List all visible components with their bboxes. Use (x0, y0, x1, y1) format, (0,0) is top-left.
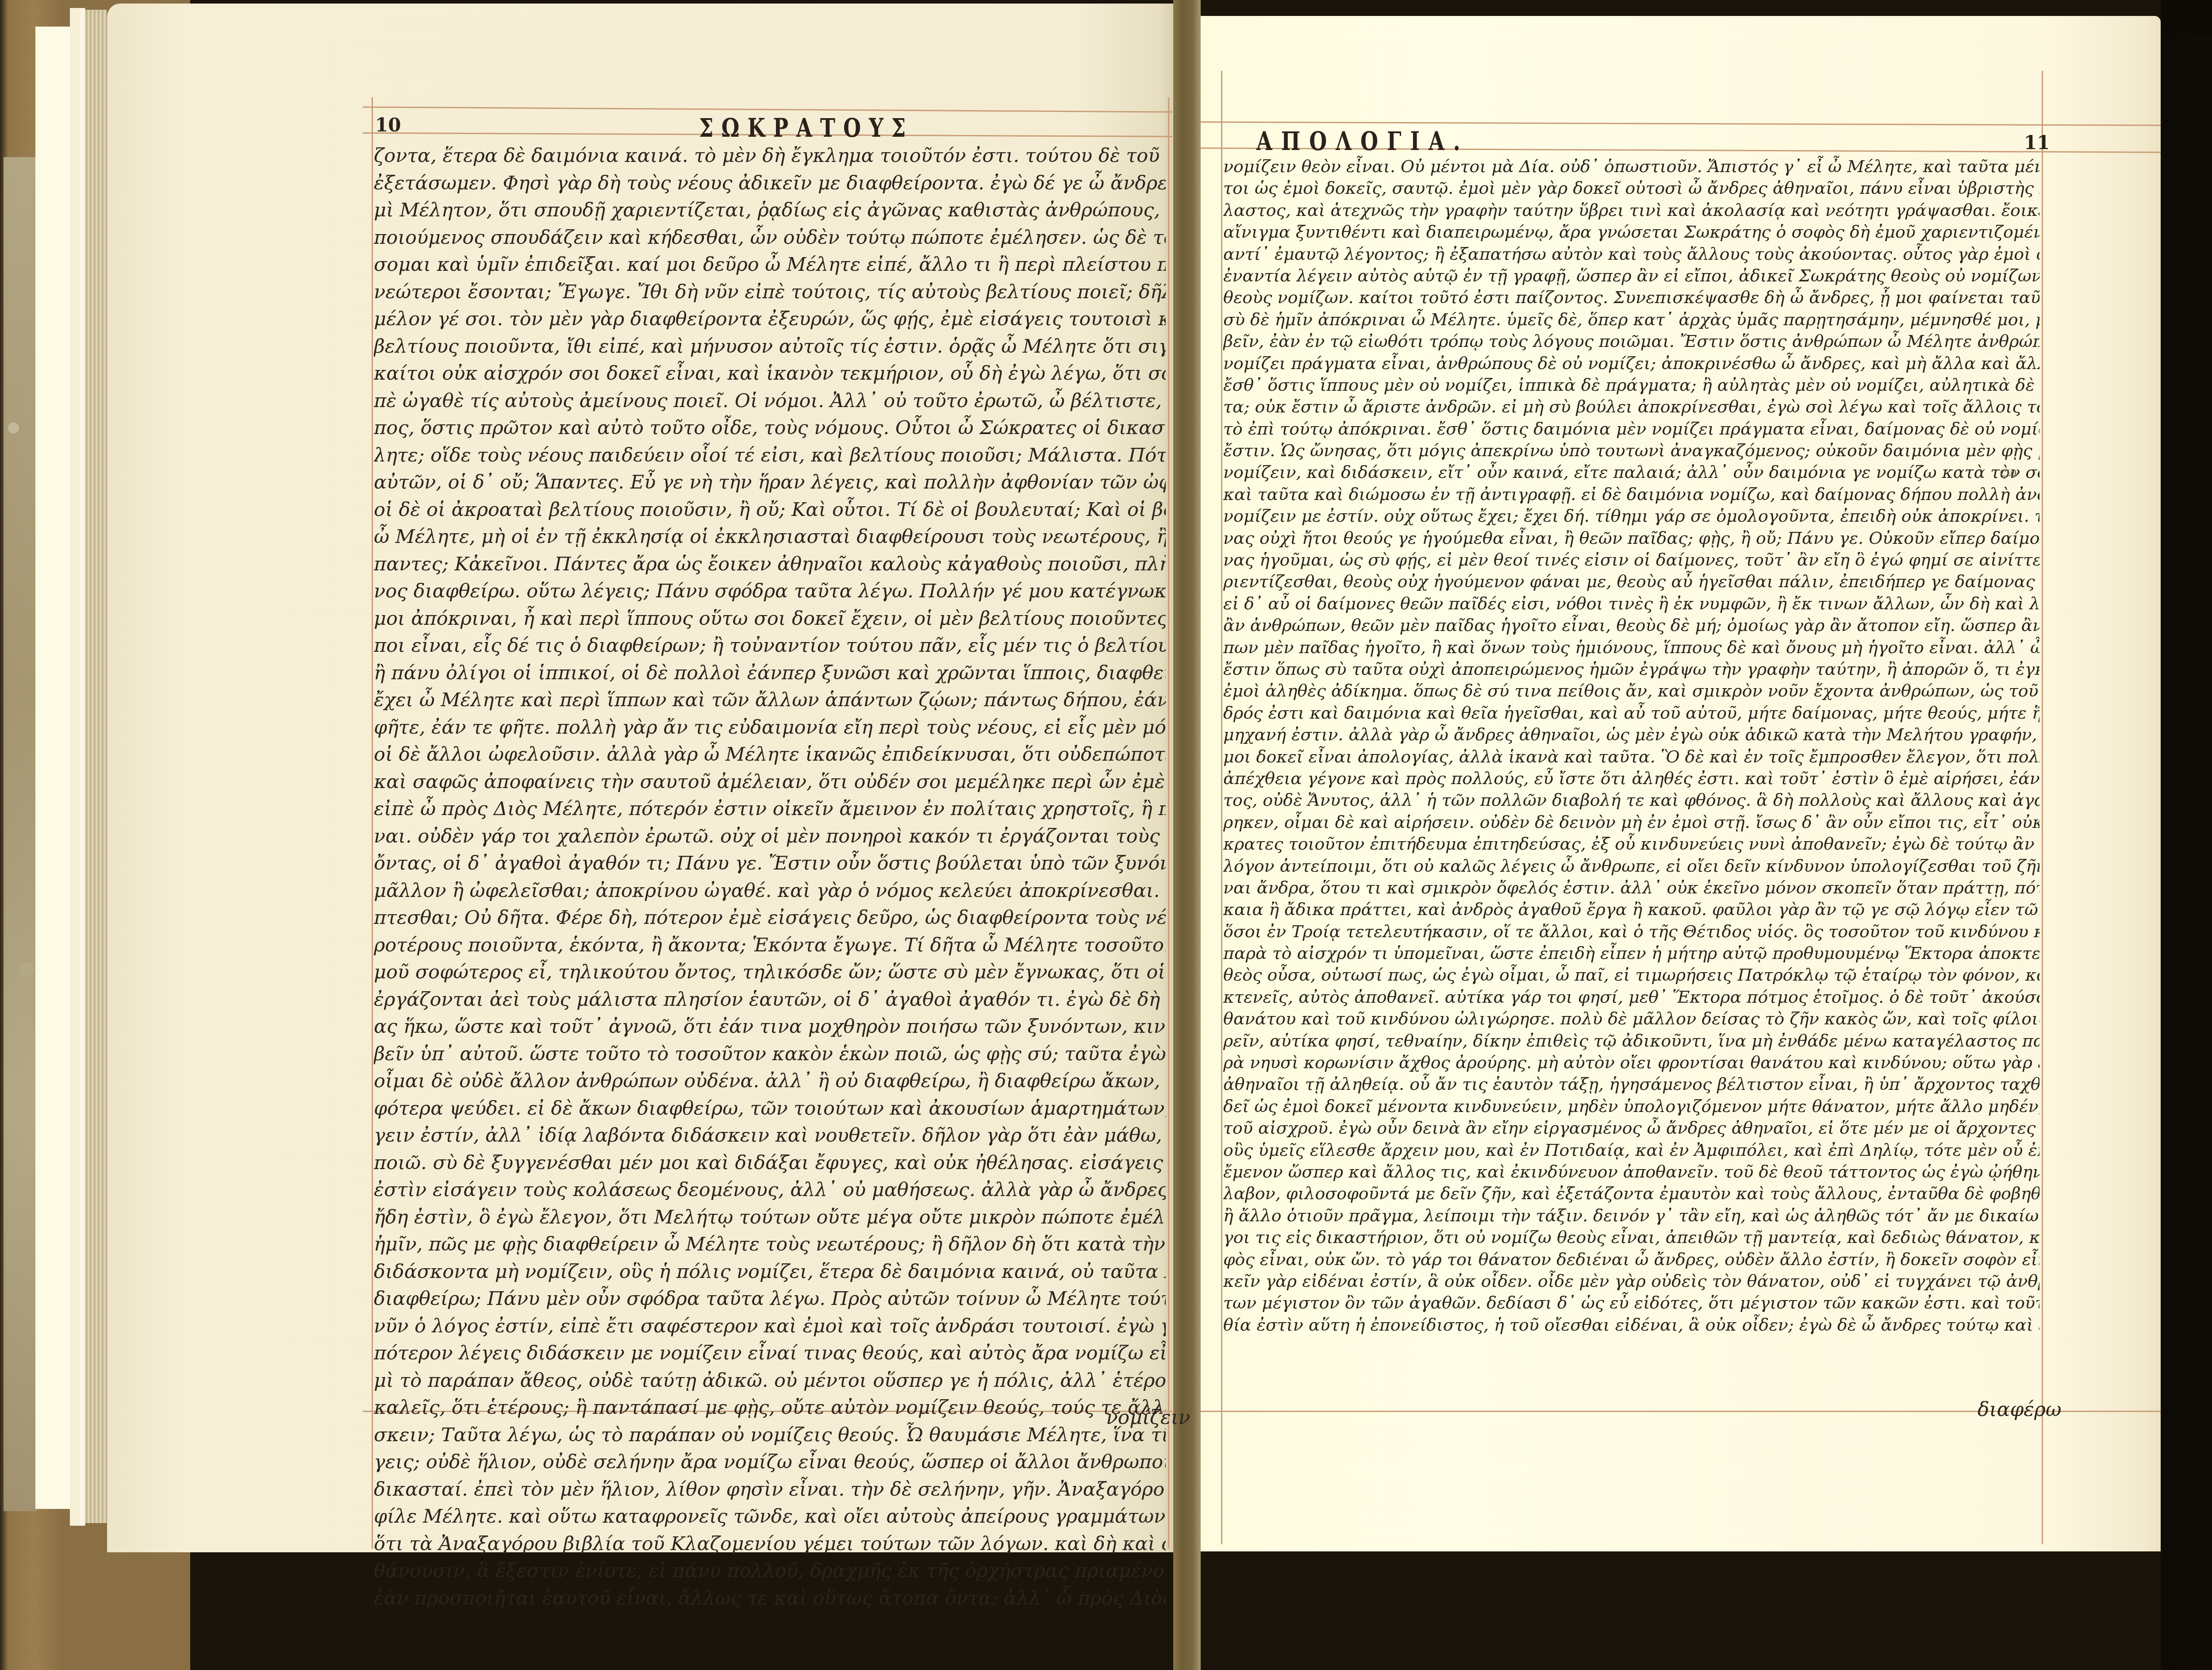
text-line: καλεῖς, ὅτι ἑτέρους; ἢ παντάπασί με φῂς,… (374, 1394, 1166, 1422)
text-line: θεὸς οὖσα, οὑτωσί πως, ὡς ἐγὼ οἶμαι, ὦ π… (1223, 964, 2039, 986)
text-line: θεοὺς νομίζων. καίτοι τοῦτό ἐστι παίζοντ… (1223, 287, 2039, 308)
text-line: ἀθηναῖοι τῇ ἀληθείᾳ. οὗ ἄν τις ἑαυτὸν τά… (1223, 1074, 2039, 1095)
text-line: ἐναντία λέγειν αὐτὸς αὑτῷ ἐν τῇ γραφῇ, ὥ… (1223, 265, 2039, 287)
text-line: ποιούμενος σπουδάζειν καὶ κήδεσθαι, ὧν ο… (374, 224, 1166, 252)
text-line: νομίζει πράγματα εἶναι, ἀνθρώπους δὲ οὐ … (1223, 353, 2039, 374)
text-line: νας ἡγοῦμαι, ὡς σὺ φῄς, εἰ μὲν θεοί τινέ… (1223, 549, 2039, 571)
text-line: ἀπέχθεια γέγονε καὶ πρὸς πολλούς, εὖ ἴστ… (1223, 768, 2039, 789)
text-line: σὺ δὲ ἡμῖν ἀπόκριναι ὦ Μέλητε. ὑμεῖς δὲ,… (1223, 309, 2039, 331)
text-line: τὸ ἐπὶ τούτῳ ἀπόκριναι. ἔσθ᾽ ὅστις δαιμό… (1223, 418, 2039, 440)
text-line: ὄντας, οἱ δ᾽ ἀγαθοὶ ἀγαθόν τι; Πάνυ γε. … (374, 850, 1166, 877)
text-line: λαστος, καὶ ἀτεχνῶς τὴν γραφὴν ταύτην ὕβ… (1223, 200, 2039, 221)
background-dark (2161, 0, 2212, 35)
text-line: αἴνιγμα ξυντιθέντι καὶ διαπειρωμένῳ, ἄρα… (1223, 221, 2039, 243)
text-line: βελτίους ποιοῦντα, ἴθι εἰπέ, καὶ μήνυσον… (374, 333, 1166, 361)
text-line: τος, οὐδὲ Ἄνυτος, ἀλλ᾽ ἡ τῶν πολλῶν διαβ… (1223, 789, 2039, 811)
flyleaf (70, 8, 80, 1526)
text-line: μοι ἀπόκριναι, ἦ καὶ περὶ ἵππους οὕτω σο… (374, 605, 1166, 633)
right-page-text: νομίζειν θεὸν εἶναι. Οὐ μέντοι μὰ Δία. ο… (1223, 156, 2039, 1336)
text-line: τοι ὡς ἐμοὶ δοκεῖς, σαυτῷ. ἐμοὶ μὲν γὰρ … (1223, 177, 2039, 199)
ruling-line (1221, 71, 1222, 1544)
text-line: ἔστιν. Ὡς ὤνησας, ὅτι μόγις ἀπεκρίνω ὑπὸ… (1223, 440, 2039, 462)
text-line: ἤδη ἐστὶν, ὃ ἐγὼ ἔλεγον, ὅτι Μελήτῳ τούτ… (374, 1204, 1166, 1231)
text-line: ριεντίζεσθαι, θεοὺς οὐχ ἡγούμενον φάναι … (1223, 571, 2039, 593)
text-line: φῆτε, ἐάν τε φῆτε. πολλὴ γὰρ ἄν τις εὐδα… (374, 714, 1166, 742)
text-line: κρατες τοιοῦτον ἐπιτήδευμα ἐπιτηδεύσας, … (1223, 833, 2039, 855)
text-line: δικασταί. ἐπεὶ τὸν μὲν ἥλιον, λίθον φησὶ… (374, 1476, 1166, 1504)
text-line: καὶ σαφῶς ἀποφαίνεις τὴν σαυτοῦ ἀμέλειαν… (374, 769, 1166, 796)
ruling-line (2042, 71, 2043, 1544)
text-line: καια ἢ ἄδικα πράττει, καὶ ἀνδρὸς ἀγαθοῦ … (1223, 899, 2039, 920)
text-line: γεις; οὐδὲ ἥλιον, οὐδὲ σελήνην ἄρα νομίζ… (374, 1449, 1166, 1476)
text-line: ροτέρους ποιοῦντα, ἑκόντα, ἢ ἄκοντα; Ἑκό… (374, 932, 1166, 959)
text-line: δεῖ ὡς ἐμοὶ δοκεῖ μένοντα κινδυνεύειν, μ… (1223, 1096, 2039, 1117)
text-line: ἔμενον ὥσπερ καὶ ἄλλος τις, καὶ ἐκινδύνε… (1223, 1161, 2039, 1183)
text-line: οἱ δὲ οἱ ἀκροαταὶ βελτίους ποιοῦσιν, ἢ ο… (374, 496, 1166, 524)
text-line: ποι εἶναι, εἷς δέ τις ὁ διαφθείρων; ἢ το… (374, 632, 1166, 660)
margin-annotation: ςω (2000, 465, 2017, 479)
text-line: ἔστιν ὅπως σὺ ταῦτα οὐχὶ ἀποπειρώμενος ἡ… (1223, 658, 2039, 680)
left-page-text: ζοντα, ἕτερα δὲ δαιμόνια καινά. τὸ μὲν δ… (374, 142, 1166, 1612)
catchword: διαφέρω (1978, 1398, 2062, 1421)
text-line: θανάτου καὶ τοῦ κινδύνου ὠλιγώρησε. πολὺ… (1223, 1008, 2039, 1030)
text-line: ας ἥκω, ὥστε καὶ τοῦτ᾽ ἀγνοῶ, ὅτι ἐάν τι… (374, 1013, 1166, 1041)
text-line: μᾶλλον ἢ ὠφελεῖσθαι; ἀποκρίνου ὠγαθέ. κα… (374, 877, 1166, 905)
text-line: ὅτι τὰ Ἀναξαγόρου βιβλία τοῦ Κλαζομενίου… (374, 1531, 1166, 1558)
text-line: παρὰ τὸ αἰσχρόν τι ὑπομεῖναι, ὥστε ἐπειδ… (1223, 943, 2039, 964)
text-line: πτεσθαι; Οὐ δῆτα. Φέρε δὴ, πότερον ἐμὲ ε… (374, 904, 1166, 932)
text-line: θάνουσιν, ἃ ἔξεστιν ἐνίοτε, εἰ πάνυ πολλ… (374, 1558, 1166, 1585)
text-line: μέλον γέ σοι. τὸν μὲν γὰρ διαφθείροντα ἐ… (374, 306, 1166, 333)
text-line: νῦν ὁ λόγος ἐστίν, εἰπὲ ἔτι σαφέστερον κ… (374, 1313, 1166, 1340)
text-line: λητε; οἵδε τοὺς νέους παιδεύειν οἷοί τέ … (374, 442, 1166, 469)
text-line: μηχανή ἐστιν. ἀλλὰ γὰρ ὦ ἄνδρες ἀθηναῖοι… (1223, 724, 2039, 746)
text-line: πὲ ὠγαθὲ τίς αὐτοὺς ἀμείνους ποιεῖ. Οἱ ν… (374, 388, 1166, 415)
text-line: ἐξετάσωμεν. Φησὶ γὰρ δὴ τοὺς νέους ἀδικε… (374, 170, 1166, 197)
text-line: καὶ ταῦτα καὶ διώμοσω ἐν τῇ ἀντιγραφῇ. ε… (1223, 484, 2039, 505)
text-line: νος διαφθείρω. οὕτω λέγεις; Πάνυ σφόδρα … (374, 578, 1166, 605)
text-line: ἐὰν προσποιῆται ἑαυτοῦ εἶναι, ἄλλως τε κ… (374, 1585, 1166, 1612)
text-line: ἢ ἄλλο ὁτιοῦν πρᾶγμα, λείποιμι τὴν τάξιν… (1223, 1205, 2039, 1227)
text-line: δρός ἐστι καὶ δαιμόνια καὶ θεῖα ἡγεῖσθαι… (1223, 702, 2039, 724)
text-line: παντες; Κἀκεῖνοι. Πάντες ἄρα ὡς ἔοικεν ἀ… (374, 551, 1166, 578)
text-line: ἡμῖν, πῶς με φῂς διαφθείρειν ὦ Μέλητε το… (374, 1231, 1166, 1258)
text-line: ἂν ἀνθρώπων, θεῶν μὲν παῖδας ἡγοῖτο εἶνα… (1223, 615, 2039, 636)
text-line: νας οὐχὶ ἤτοι θεούς γε ἡγούμεθα εἶναι, ἢ… (1223, 527, 2039, 549)
text-line: σομαι καὶ ὑμῖν ἐπιδεῖξαι. καί μοι δεῦρο … (374, 251, 1166, 279)
text-line: μὶ τὸ παράπαν ἄθεος, οὐδὲ ταύτῃ ἀδικῶ. ο… (374, 1367, 1166, 1395)
text-line: πων μὲν παῖδας ἡγοῖτο, ἢ καὶ ὄνων τοὺς ἡ… (1223, 637, 2039, 658)
text-line: ρεῖν, αὐτίκα φησί, τεθναίην, δίκην ἐπιθε… (1223, 1030, 2039, 1052)
text-line: γειν ἐστίν, ἀλλ᾽ ἰδίᾳ λαβόντα διδάσκειν … (374, 1122, 1166, 1150)
text-line: νεώτεροι ἔσονται; Ἔγωγε. Ἴθι δὴ νῦν εἰπὲ… (374, 279, 1166, 306)
text-line: θία ἐστὶν αὕτη ἡ ἐπονείδιστος, ἡ τοῦ οἴε… (1223, 1314, 2039, 1336)
text-line: πότερον λέγεις διδάσκειν με νομίζειν εἶν… (374, 1340, 1166, 1367)
text-line: νομίζειν θεὸν εἶναι. Οὐ μέντοι μὰ Δία. ο… (1223, 156, 2039, 177)
text-line: ὦ Μέλητε, μὴ οἱ ἐν τῇ ἐκκλησίᾳ οἱ ἐκκλησ… (374, 523, 1166, 551)
text-line: νομίζειν, καὶ διδάσκειν, εἴτ᾽ οὖν καινά,… (1223, 462, 2039, 483)
text-line: διαφθείρω; Πάνυ μὲν οὖν σφόδρα ταῦτα λέγ… (374, 1285, 1166, 1313)
text-line: ἔχει ὦ Μέλητε καὶ περὶ ἵππων καὶ τῶν ἄλλ… (374, 687, 1166, 714)
ruling-line (1168, 97, 1169, 1549)
text-line: λόγον ἀντείποιμι, ὅτι οὐ καλῶς λέγεις ὦ … (1223, 855, 2039, 877)
text-line: βεῖν ὑπ᾽ αὐτοῦ. ὥστε τοῦτο τὸ τοσοῦτον κ… (374, 1041, 1166, 1068)
text-line: φότερα ψεύδει. εἰ δὲ ἄκων διαφθείρω, τῶν… (374, 1095, 1166, 1123)
text-line: λαβον, φιλοσοφοῦντά με δεῖν ζῆν, καὶ ἐξε… (1223, 1183, 2039, 1204)
folio-number: 10 (375, 114, 401, 136)
text-line: ρὰ νηυσὶ κορωνίσιν ἄχθος ἀρούρης. μὴ αὐτ… (1223, 1052, 2039, 1074)
page-edges (85, 10, 107, 1523)
text-line: πος, ὅστις πρῶτον καὶ αὐτὸ τοῦτο οἶδε, τ… (374, 415, 1166, 442)
text-line: ζοντα, ἕτερα δὲ δαιμόνια καινά. τὸ μὲν δ… (374, 142, 1166, 170)
text-line: ρηκεν, οἶμαι δὲ καὶ αἱρήσειν. οὐδὲν δὲ δ… (1223, 812, 2039, 833)
text-line: φὸς εἶναι, οὐκ ὤν. τὸ γάρ τοι θάνατον δε… (1223, 1249, 2039, 1270)
text-line: μὶ Μέλητον, ὅτι σπουδῇ χαριεντίζεται, ῥᾳ… (374, 197, 1166, 224)
text-line: μοῦ σοφώτερος εἶ, τηλικούτου ὄντος, τηλι… (374, 959, 1166, 986)
text-line: αντί᾽ ἐμαυτῷ λέγοντος; ἢ ἐξαπατήσω αὐτὸν… (1223, 243, 2039, 265)
text-line: κεῖν γὰρ εἰδέναι ἐστίν, ἃ οὐκ οἶδεν. οἶδ… (1223, 1270, 2039, 1292)
marbled-endpaper (4, 157, 37, 1511)
text-line: γοι τις εἰς δικαστήριον, ὅτι οὐ νομίζω θ… (1223, 1227, 2039, 1248)
text-line: τα; οὐκ ἔστιν ὦ ἄριστε ἀνδρῶν. εἰ μὴ σὺ … (1223, 396, 2039, 418)
flyleaf (35, 27, 71, 1509)
text-line: των μέγιστον ὂν τῶν ἀγαθῶν. δεδίασι δ᾽ ὡ… (1223, 1292, 2039, 1314)
text-line: ποιῶ. σὺ δὲ ξυγγενέσθαι μέν μοι καὶ διδά… (374, 1150, 1166, 1177)
text-line: φίλε Μέλητε. καὶ οὕτω καταφρονεῖς τῶνδε,… (374, 1503, 1166, 1531)
text-line: τοῦ αἰσχροῦ. ἐγὼ οὖν δεινὰ ἂν εἴην εἰργα… (1223, 1117, 2039, 1139)
text-line: ναι ἄνδρα, ὅτου τι καὶ σμικρὸν ὄφελός ἐσ… (1223, 877, 2039, 899)
text-line: βεῖν, ἐὰν ἐν τῷ εἰωθότι τρόπῳ τοὺς λόγου… (1223, 331, 2039, 352)
text-line: διδάσκοντα μὴ νομίζειν, οὓς ἡ πόλις νομί… (374, 1258, 1166, 1286)
text-line: ἐμοὶ ἀληθὲς ἀδίκημα. ὅπως δὲ σύ τινα πεί… (1223, 680, 2039, 702)
text-line: ναι. οὐδὲν γάρ τοι χαλεπὸν ἐρωτῶ. οὐχ οἱ… (374, 823, 1166, 850)
text-line: ἐστὶν εἰσάγειν τοὺς κολάσεως δεομένους, … (374, 1177, 1166, 1204)
text-line: ὅσοι ἐν Τροίᾳ τετελευτήκασιν, οἵ τε ἄλλο… (1223, 921, 2039, 943)
catchword: νομίζειν (1106, 1406, 1190, 1429)
text-line: οἶμαι δὲ οὐδὲ ἄλλον ἀνθρώπων οὐδένα. ἀλλ… (374, 1068, 1166, 1095)
running-head: ΣΩΚΡΑΤΟΥΣ (699, 113, 914, 143)
folio-number: 11 (2024, 132, 2050, 154)
text-line: κτενεῖς, αὐτὸς ἀποθανεῖ. αὐτίκα γάρ τοι … (1223, 986, 2039, 1008)
text-line: μοι δοκεῖ εἶναι ἀπολογίας, ἀλλὰ ἱκανὰ κα… (1223, 746, 2039, 768)
running-head: ΑΠΟΛΟΓΙΑ. (1256, 126, 1469, 156)
text-line: ἢ πάνυ ὀλίγοι οἱ ἱππικοί, οἱ δὲ πολλοὶ ἐ… (374, 660, 1166, 687)
text-line: ἐργάζονται ἀεὶ τοὺς μάλιστα πλησίον ἑαυτ… (374, 986, 1166, 1014)
book-cover-right (2161, 0, 2212, 1670)
text-line: αὐτῶν, οἱ δ᾽ οὔ; Ἅπαντες. Εὖ γε νὴ τὴν ἥ… (374, 469, 1166, 496)
text-line: οἱ δὲ ἄλλοι ὠφελοῦσιν. ἀλλὰ γὰρ ὦ Μέλητε… (374, 741, 1166, 769)
text-line: ἔσθ᾽ ὅστις ἵππους μὲν οὐ νομίζει, ἱππικὰ… (1223, 374, 2039, 396)
text-line: εἰ δ᾽ αὖ οἱ δαίμονες θεῶν παῖδές εἰσι, ν… (1223, 593, 2039, 615)
text-line: εἰπὲ ὦ πρὸς Διὸς Μέλητε, πότερόν ἐστιν ο… (374, 796, 1166, 823)
text-line: νομίζειν με ἐστίν. οὐχ οὕτως ἔχει; ἔχει … (1223, 505, 2039, 527)
text-line: καίτοι οὐκ αἰσχρόν σοι δοκεῖ εἶναι, καὶ … (374, 360, 1166, 388)
text-line: οὓς ὑμεῖς εἵλεσθε ἄρχειν μου, καὶ ἐν Ποτ… (1223, 1139, 2039, 1161)
ruling-line (372, 97, 373, 1549)
text-line: σκειν; Ταῦτα λέγω, ὡς τὸ παράπαν οὐ νομί… (374, 1422, 1166, 1449)
